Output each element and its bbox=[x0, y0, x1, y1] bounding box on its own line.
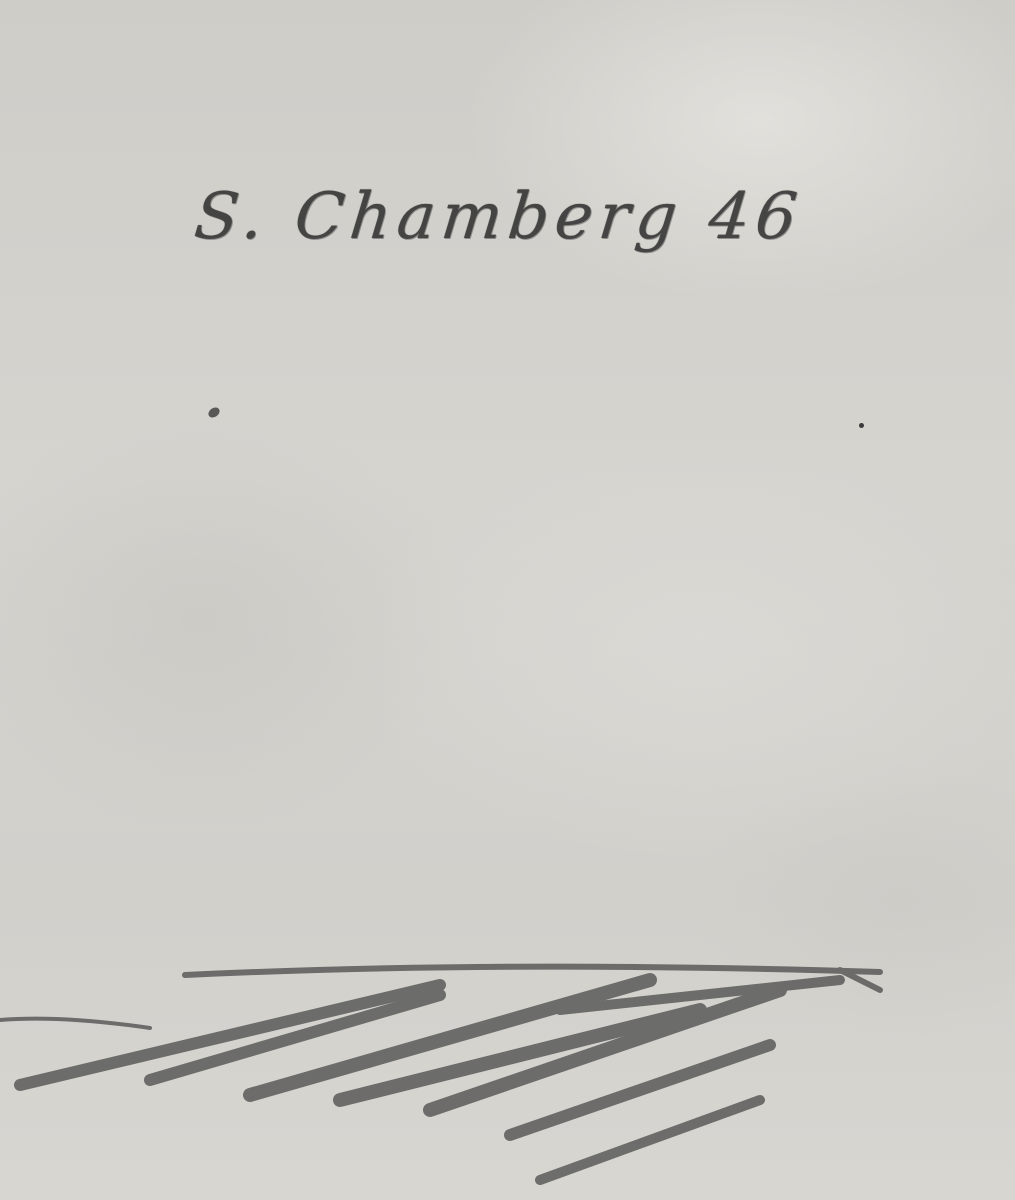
graphite-smudge bbox=[207, 405, 222, 419]
paper-sheet: S. Chamberg 46 bbox=[0, 0, 1015, 1200]
pencil-signature: S. Chamberg 46 bbox=[191, 180, 806, 254]
pencil-hatching bbox=[0, 950, 1015, 1200]
pencil-dot bbox=[859, 423, 864, 428]
